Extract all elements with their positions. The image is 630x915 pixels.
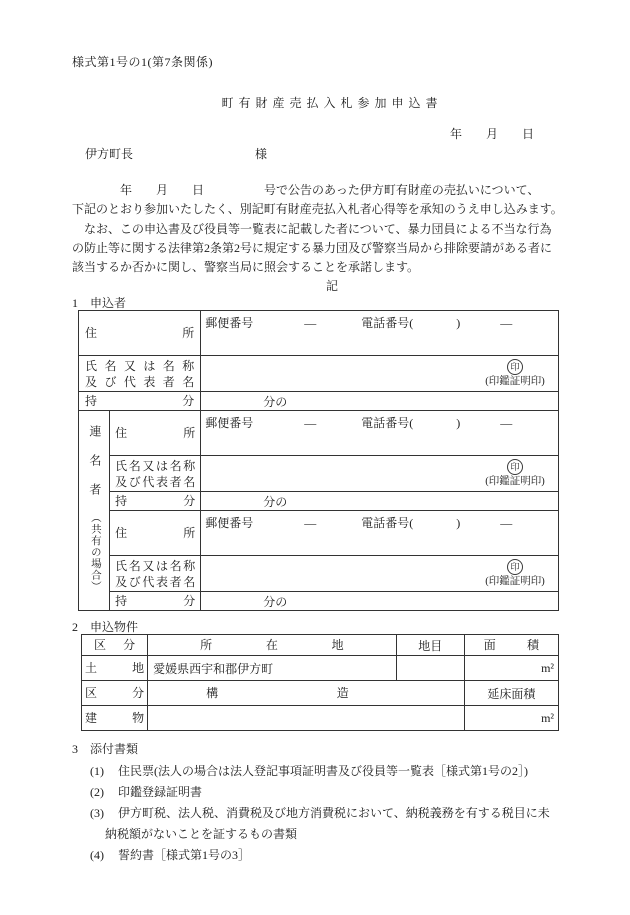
item-text: 住民票(法人の場合は法人登記事項証明書及び役員等一覧表［様式第1号の2］)	[118, 764, 528, 778]
postal-dash: —	[304, 516, 316, 530]
postal-phone-line: 郵便番号—電話番号()—	[201, 511, 558, 531]
division-header: 区分	[82, 637, 147, 653]
land-label-cell: 土地	[82, 656, 148, 681]
share-value: 分の	[201, 392, 559, 411]
share-label: 持分	[110, 493, 200, 509]
postal-phone-line: 郵便番号—電話番号()—	[201, 311, 558, 331]
address-label: 住所	[110, 425, 200, 441]
building-area-unit: m²	[464, 706, 558, 731]
table-row: 区分 構造 延床面積	[82, 681, 559, 706]
property-table: 区分 所在地 地目 面積 土地 愛媛県西宇和郡伊方町 m² 区分 構造 延床面積…	[81, 634, 559, 731]
item-number: (4)	[90, 848, 104, 862]
item-number: (2)	[90, 785, 104, 799]
address-label: 住所	[79, 325, 200, 341]
postal-dash: —	[304, 416, 316, 430]
list-item: (3)伊方町税、法人税、消費税及び地方消費税において、納税義務を有する税目に未納…	[105, 803, 560, 845]
list-item: (4)誓約書［様式第1号の3］	[105, 845, 560, 866]
phone-dash: —	[500, 416, 512, 430]
body-paragraph: 年 月 日 号で公告のあった伊方町有財産の売払いについて、 下記のとおり参加いた…	[72, 181, 558, 277]
section2-heading: 2 申込物件	[72, 620, 558, 634]
paragraph-line: 下記のとおり参加いたしたく、別記町有財産売払入札者心得等を承知のうえ申し込みます…	[72, 200, 558, 219]
item-number: (1)	[90, 764, 104, 778]
seal-icon: 印	[507, 459, 523, 475]
seal-area: 印 (印鑑証明印)	[475, 459, 555, 488]
item-text: 伊方町税、法人税、消費税及び地方消費税において、納税義務を有する税目に未納税額が…	[105, 806, 550, 841]
area-header-cell: 面積	[464, 635, 558, 656]
phone-close-paren: )	[456, 316, 460, 330]
paragraph-line: なお、この申込書及び役員等一覧表に記載した者について、暴力団員による不当な行為	[72, 220, 558, 239]
name-label-cell: 氏名又は名称 及び代表者名	[110, 456, 201, 492]
name-label-cell: 氏名又は名称 及び代表者名	[110, 556, 201, 592]
table-row: 氏名又は名称 及び代表者名 印 (印鑑証明印)	[79, 456, 559, 492]
item-number: (3)	[90, 806, 104, 820]
section3-heading: 3 添付書類	[72, 742, 558, 756]
address-label-cell: 住所	[110, 411, 201, 456]
document-title: 町有財産売払入札参加申込書	[106, 94, 558, 111]
share-label-cell: 持分	[110, 592, 201, 611]
share-label-cell: 持分	[79, 392, 201, 411]
date-line: 年 月 日	[72, 125, 558, 142]
table-row: 建物 m²	[82, 706, 559, 731]
joint-applicants-label-cell: 連名者（共有の場合）	[79, 411, 110, 611]
table-row: 住所 郵便番号—電話番号()—	[79, 311, 559, 356]
name-value-cell: 印 (印鑑証明印)	[201, 556, 559, 592]
phone-dash: —	[500, 316, 512, 330]
paragraph-line: 該当するか否かに関し、警察当局に照会することを承諾します。	[72, 258, 558, 277]
document-page: 様式第1号の1(第7条関係) 町有財産売払入札参加申込書 年 月 日 伊方町長様…	[0, 0, 630, 915]
share-label: 持分	[79, 393, 200, 409]
name-label-cell: 氏名又は名称 及び代表者名	[79, 356, 201, 392]
share-value: 分の	[201, 492, 559, 511]
memo-mark: 記	[106, 277, 558, 296]
phone-label: 電話番号(	[361, 516, 413, 530]
seal-icon: 印	[507, 359, 523, 375]
name-label-line2: 及び代表者名	[79, 374, 200, 390]
area-header: 面積	[465, 637, 558, 653]
addressee: 伊方町長	[85, 147, 133, 161]
list-item: (1)住民票(法人の場合は法人登記事項証明書及び役員等一覧表［様式第1号の2］)	[105, 761, 560, 782]
seal-area: 印 (印鑑証明印)	[475, 559, 555, 588]
phone-label: 電話番号(	[361, 316, 413, 330]
list-item: (2)印鑑登録証明書	[105, 782, 560, 803]
structure-header-cell: 構造	[148, 681, 465, 706]
joint-applicants-label: 連名者（共有の場合）	[87, 425, 101, 593]
seal-area: 印 (印鑑証明印)	[475, 359, 555, 388]
postal-phone-line: 郵便番号—電話番号()—	[201, 411, 558, 431]
name-label-line2: 及び代表者名	[110, 474, 200, 490]
land-category-header: 地目	[396, 635, 464, 656]
table-row: 住所 郵便番号—電話番号()—	[79, 511, 559, 556]
location-header: 所在地	[148, 637, 396, 653]
address-label-cell: 住所	[110, 511, 201, 556]
seal-note: (印鑑証明印)	[475, 576, 555, 588]
table-row: 連名者（共有の場合） 住所 郵便番号—電話番号()—	[79, 411, 559, 456]
building-structure-value-cell	[148, 706, 465, 731]
share-value: 分の	[201, 592, 559, 611]
building-label: 建物	[82, 710, 147, 726]
address-label-cell: 住所	[79, 311, 201, 356]
division-header: 区分	[82, 685, 147, 701]
table-row: 持分 分の	[79, 592, 559, 611]
building-label-cell: 建物	[82, 706, 148, 731]
postal-label: 郵便番号	[205, 516, 253, 530]
division-header-cell: 区分	[82, 635, 148, 656]
phone-close-paren: )	[456, 516, 460, 530]
addressee-line: 伊方町長様	[72, 145, 558, 162]
postal-label: 郵便番号	[205, 316, 253, 330]
seal-char: 印	[510, 562, 519, 572]
address-value-cell: 郵便番号—電話番号()—	[201, 511, 559, 556]
share-label: 持分	[110, 593, 200, 609]
structure-header: 構造	[148, 685, 464, 701]
location-header-cell: 所在地	[148, 635, 397, 656]
name-label-line1: 氏名又は名称	[79, 358, 200, 374]
attachments-list: (1)住民票(法人の場合は法人登記事項証明書及び役員等一覧表［様式第1号の2］)…	[72, 761, 558, 866]
form-number: 様式第1号の1(第7条関係)	[72, 53, 558, 70]
paragraph-line: 年 月 日 号で公告のあった伊方町有財産の売払いについて、	[72, 181, 558, 200]
applicant-table: 住所 郵便番号—電話番号()— 氏名又は名称 及び代表者名 印 (印鑑証明印) …	[78, 310, 559, 611]
section1-heading: 1 申込者	[72, 296, 558, 310]
land-area-unit: m²	[464, 656, 558, 681]
name-value-cell: 印 (印鑑証明印)	[201, 356, 559, 392]
floor-area-header: 延床面積	[464, 681, 558, 706]
seal-icon: 印	[507, 559, 523, 575]
name-value-cell: 印 (印鑑証明印)	[201, 456, 559, 492]
table-row: 区分 所在地 地目 面積	[82, 635, 559, 656]
name-label-line1: 氏名又は名称	[110, 558, 200, 574]
address-value-cell: 郵便番号—電話番号()—	[201, 411, 559, 456]
name-label-line2: 及び代表者名	[110, 574, 200, 590]
table-row: 持分 分の	[79, 492, 559, 511]
item-text: 誓約書［様式第1号の3］	[118, 848, 250, 862]
table-row: 土地 愛媛県西宇和郡伊方町 m²	[82, 656, 559, 681]
table-row: 氏名又は名称 及び代表者名 印 (印鑑証明印)	[79, 356, 559, 392]
land-category-value-cell	[396, 656, 464, 681]
joint-label-sub: （共有の場合）	[90, 512, 101, 593]
table-row: 氏名又は名称 及び代表者名 印 (印鑑証明印)	[79, 556, 559, 592]
name-label-line1: 氏名又は名称	[110, 458, 200, 474]
seal-note: (印鑑証明印)	[475, 476, 555, 488]
seal-note: (印鑑証明印)	[475, 376, 555, 388]
postal-dash: —	[304, 316, 316, 330]
postal-label: 郵便番号	[205, 416, 253, 430]
phone-dash: —	[500, 516, 512, 530]
seal-char: 印	[510, 362, 519, 372]
joint-label-main: 連名者	[88, 425, 102, 512]
honorific: 様	[255, 147, 267, 161]
division-header-cell: 区分	[82, 681, 148, 706]
land-location-value: 愛媛県西宇和郡伊方町	[148, 656, 397, 681]
phone-close-paren: )	[456, 416, 460, 430]
table-row: 持分 分の	[79, 392, 559, 411]
address-value-cell: 郵便番号—電話番号()—	[201, 311, 559, 356]
address-label: 住所	[110, 525, 200, 541]
phone-label: 電話番号(	[361, 416, 413, 430]
paragraph-line: の防止等に関する法律第2条第2号に規定する暴力団及び警察当局から排除要請がある者…	[72, 239, 558, 258]
share-label-cell: 持分	[110, 492, 201, 511]
item-text: 印鑑登録証明書	[118, 785, 202, 799]
land-label: 土地	[82, 660, 147, 676]
seal-char: 印	[510, 462, 519, 472]
